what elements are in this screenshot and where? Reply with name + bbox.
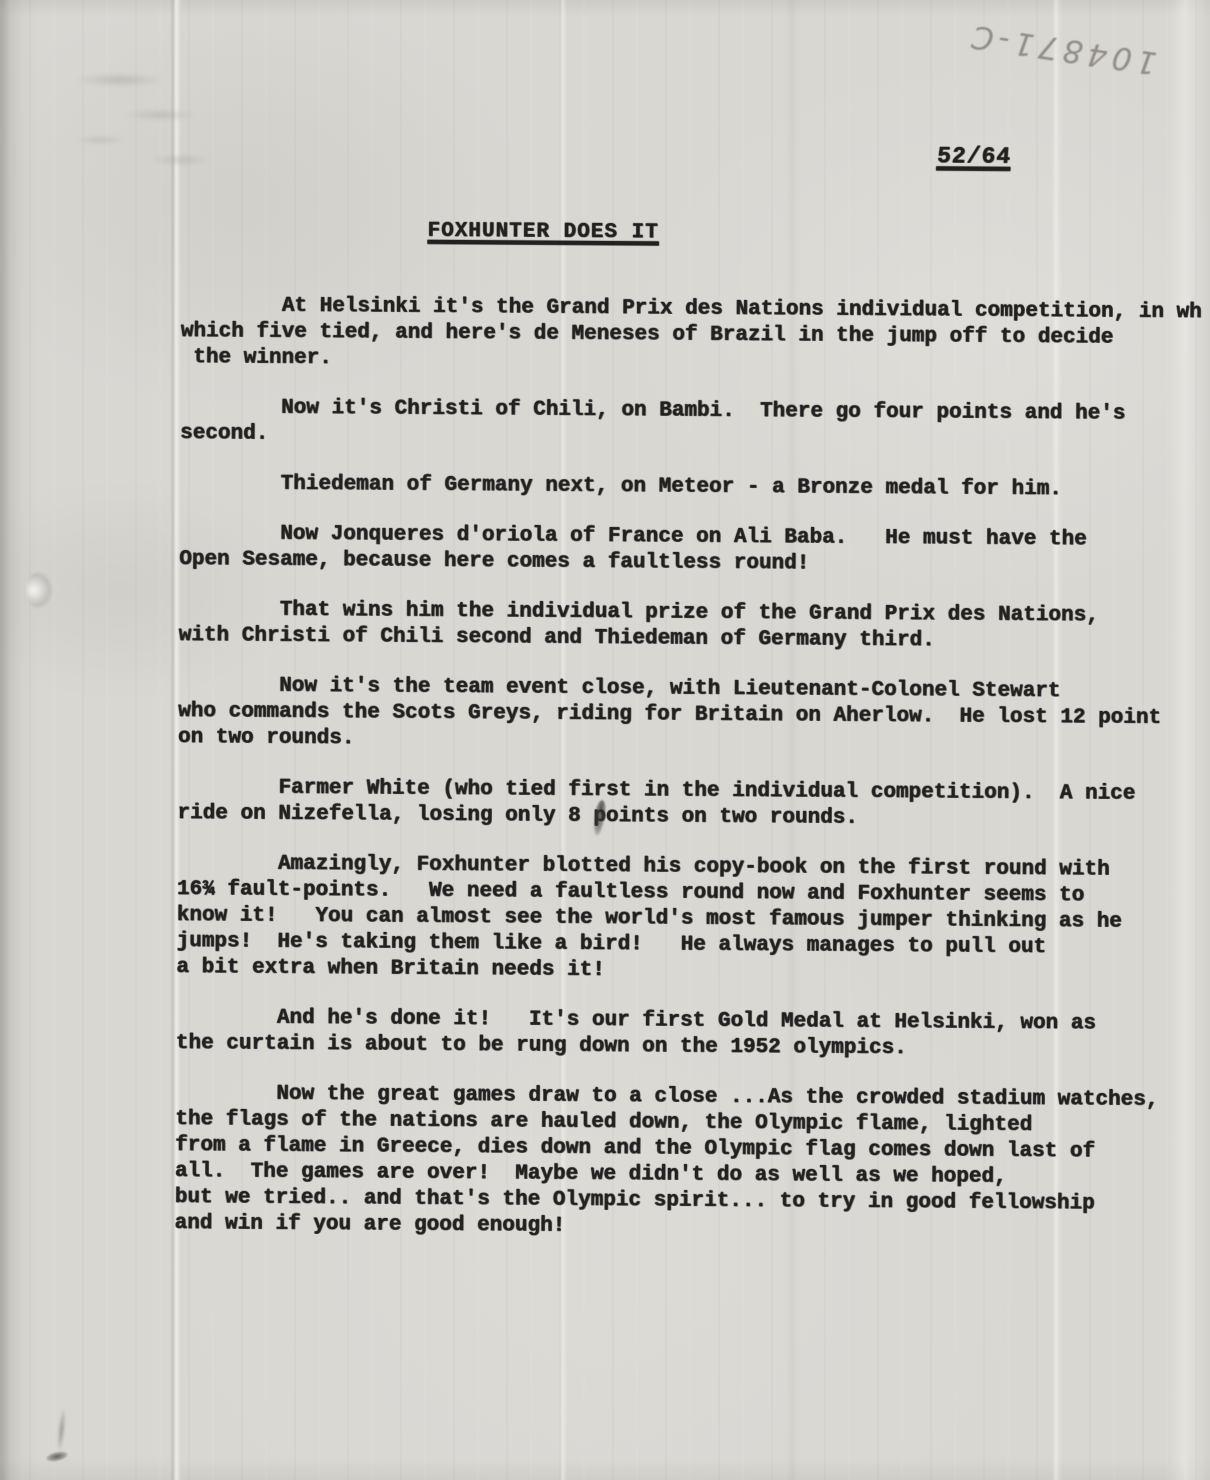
paragraph: Now Jonqueres d'oriola of France on Ali … — [179, 521, 1200, 580]
paragraph: Now it's the team event close, with Lieu… — [178, 673, 1199, 758]
document-title: FOXHUNTER DOES IT — [427, 220, 658, 245]
paragraph: Amazingly, Foxhunter blotted his copy-bo… — [176, 851, 1198, 988]
paragraph: And he's done it! It's our first Gold Me… — [176, 1005, 1197, 1064]
page-number: 52/64 — [936, 143, 1012, 170]
paragraph: Now the great games draw to a close ...A… — [175, 1081, 1197, 1244]
handwritten-reference-number: 104871-C — [960, 1, 1165, 82]
paragraph: That wins him the individual prize of th… — [179, 597, 1200, 656]
document-page: 104871-C 52/64 FOXHUNTER DOES IT At Hels… — [0, 0, 1210, 1480]
document-body: At Helsinki it's the Grand Prix des Nati… — [174, 293, 1202, 1268]
typed-content: 104871-C 52/64 FOXHUNTER DOES IT At Hels… — [0, 0, 1210, 1480]
paragraph: Thiedeman of Germany next, on Meteor - a… — [180, 471, 1201, 504]
paragraph: Farmer White (who tied first in the indi… — [177, 775, 1198, 834]
text-line: Thiedeman of Germany next, on Meteor - a… — [180, 471, 1201, 504]
paragraph: Now it's Christi of Chili, on Bambi. The… — [180, 395, 1201, 454]
paragraph: At Helsinki it's the Grand Prix des Nati… — [181, 293, 1202, 378]
